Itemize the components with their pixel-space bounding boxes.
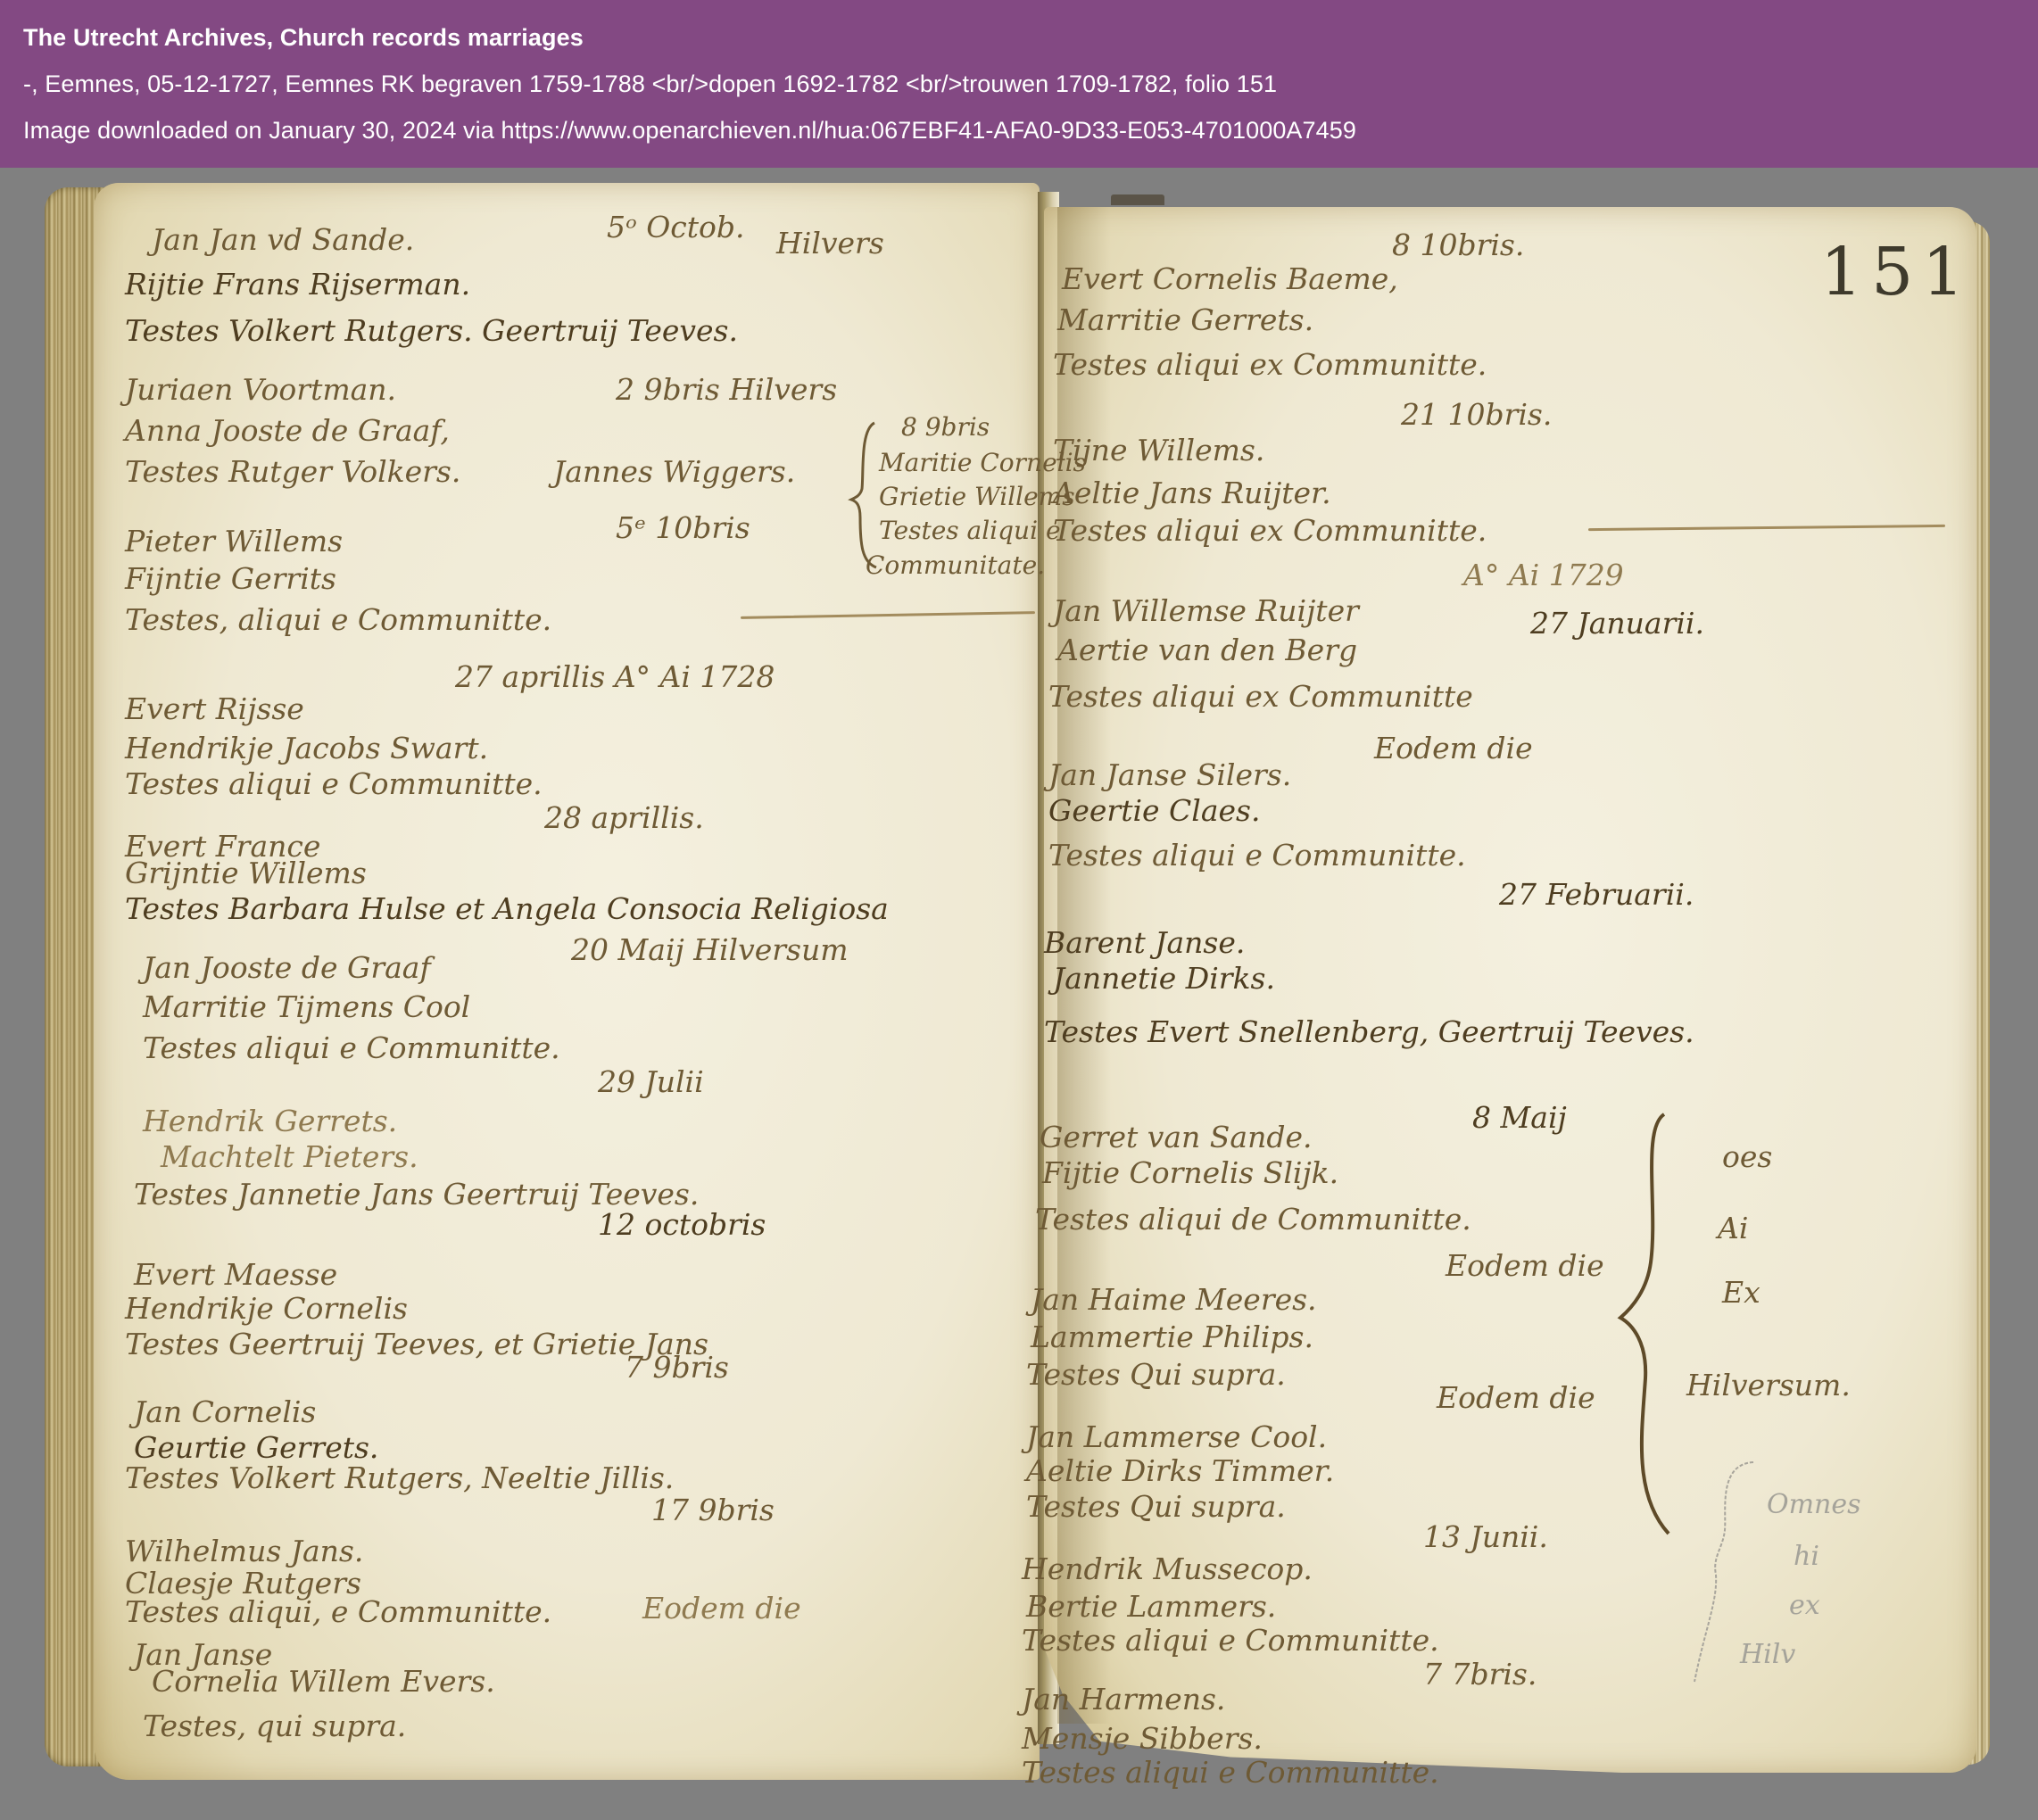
entry-witnesses: Testes Volkert Rutgers. Geertruij Teeves… [125,316,738,345]
entry-line: Jan Willemse Ruijter [1053,596,1359,625]
entry-line: Marritie Tijmens Cool [143,992,470,1022]
entry-date: 5ᵉ 10bris [616,513,750,542]
folio-number: 151 [1820,234,1973,310]
entry-line: Jan Lammerse Cool. [1026,1422,1327,1452]
entry-place: Hilvers [776,228,884,258]
entry-line: Communitate. [866,553,1045,578]
entry-line: Jan Harmens. [1022,1684,1225,1714]
entry-line: Aeltie Dirks Timmer. [1026,1456,1334,1485]
entry-date: 8 10bris. [1392,230,1524,260]
entry-date: 29 Julii [598,1067,704,1096]
entry-line: Barent Janse. [1044,928,1245,957]
entry-date: 27 Februarii. [1499,880,1694,909]
margin-note: Ai [1718,1213,1748,1243]
entry-date: 12 octobris [598,1210,766,1239]
entry-line: Hendrikje Cornelis [125,1294,408,1323]
brace-right [1615,1111,1678,1539]
margin-note: Hilversum. [1686,1370,1851,1400]
margin-note: Ex [1722,1278,1760,1307]
entry-line: Wilhelmus Jans. [125,1536,363,1566]
year-heading: A° Ai 1729 [1463,560,1624,590]
entry-line: Hendrik Mussecop. [1022,1554,1313,1584]
entry-witnesses: Testes aliqui, e Communitte. [125,1597,551,1626]
brace-left [848,419,883,571]
entry-line: Evert Maesse [134,1260,337,1289]
entry-line: Lammertie Philips. [1031,1322,1313,1352]
entry-line: Bertie Lammers. [1026,1592,1276,1621]
year-heading: 27 aprillis A° Ai 1728 [455,662,775,691]
entry-witnesses: Testes, aliqui e Communitte. [125,605,551,634]
entry-line: Evert Cornelis Baeme, [1062,264,1398,294]
entry-witnesses: Testes Qui supra. [1026,1492,1286,1521]
entry-witnesses: Testes Rutger Volkers. [125,457,460,486]
entry-witnesses: Testes Geertruij Teeves, et Grietie Jans [125,1329,708,1359]
entry-line: Pieter Willems [125,526,343,556]
entry-line: Jan Haime Meeres. [1031,1285,1317,1314]
entry-witnesses: Testes aliqui e Communitte. [1022,1758,1439,1787]
entry-line: Aeltie Jans Ruijter. [1053,478,1331,508]
entry-line: Fijntie Gerrits [125,564,336,593]
entry-line: Marritie Gerrets. [1057,305,1313,335]
entry-line: Geertie Claes. [1048,796,1260,825]
entry-witnesses: Testes aliqui de Communitte. [1035,1204,1471,1234]
entry-witnesses: Testes, qui supra. [143,1711,406,1741]
entry-line: Juriaen Voortman. [125,375,396,404]
entry-line: Cornelia Willem Evers. [152,1667,495,1696]
entry-line: Evert Rijsse [125,694,304,724]
entry-date: 13 Junii. [1423,1522,1548,1551]
entry-witnesses: Testes Barbara Hulse et Angela Consocia … [125,894,889,923]
entry-line: Jan Cornelis [134,1397,316,1427]
entry-line: Hendrik Gerrets. [143,1106,397,1136]
download-source: Image downloaded on January 30, 2024 via… [23,117,1356,145]
entry-witnesses: Testes aliqui e [879,518,1061,543]
entry-line: Grijntie Willems [125,858,367,888]
pencil-note: ex [1789,1592,1820,1619]
entry-date: 7 7bris. [1423,1659,1537,1689]
entry-date: 21 10bris. [1401,400,1552,429]
entry-date: 8 9bris [901,415,990,440]
entry-witnesses: Testes aliqui e Communitte. [1048,840,1466,870]
entry-witnesses: Testes Jannetie Jans Geertruij Teeves. [134,1179,699,1209]
entry-witnesses: Testes aliqui ex Communitte. [1053,516,1487,545]
entry-line: Aertie van den Berg [1057,635,1357,665]
entry-line: Jan Jooste de Graaf [143,953,431,982]
entry-date: Eodem die [1374,733,1533,763]
entry-line: Geurtie Gerrets. [134,1433,378,1462]
archive-header: The Utrecht Archives, Church records mar… [0,0,2038,168]
entry-line: Anna Jooste de Graaf, [125,416,450,445]
entry-date: 7 9bris [625,1353,729,1382]
entry-date: 20 Maij Hilversum [571,935,849,964]
entry-line: Hendrikje Jacobs Swart. [125,733,488,763]
entry-witnesses: Testes aliqui e Communitte. [143,1033,560,1063]
entry-line: Fijtie Cornelis Slijk. [1042,1158,1338,1187]
entry-line: Grietie Willems [879,484,1075,509]
binding-clasp [1111,194,1164,205]
entry-line: Gerret van Sande. [1040,1122,1312,1152]
entry-witnesses: Testes Evert Snellenberg, Geertruij Teev… [1044,1017,1694,1046]
pencil-note: Hilv [1740,1642,1795,1668]
entry-line: Jannes Wiggers. [553,457,795,486]
archive-title: The Utrecht Archives, Church records mar… [23,24,584,52]
entry-line: Jan Jan vd Sande. [152,225,414,254]
pencil-note: Omnes [1767,1492,1861,1518]
entry-date: 28 aprillis. [544,803,704,832]
entry-date: 17 9bris [651,1495,775,1525]
entry-line: Jan Janse Silers. [1048,760,1291,790]
record-metadata: -, Eemnes, 05-12-1727, Eemnes RK begrave… [23,70,1277,98]
entry-date: 2 9bris Hilvers [616,375,837,404]
entry-line: Mensje Sibbers. [1022,1724,1263,1753]
entry-date: Eodem die [1446,1251,1604,1280]
entry-date: 8 Maij [1472,1103,1567,1132]
entry-line: Rijtie Frans Rijserman. [125,269,470,299]
entry-witnesses: Testes aliqui e Communitte. [1022,1626,1439,1655]
entry-witnesses: Testes Volkert Rutgers, Neeltie Jillis. [125,1463,674,1493]
margin-note: oes [1722,1142,1772,1171]
pencil-note: hi [1794,1543,1819,1570]
entry-witnesses: Testes aliqui ex Communitte. [1053,350,1487,379]
entry-line: Machtelt Pieters. [161,1142,418,1171]
entry-date: Eodem die [642,1593,801,1623]
entry-witnesses: Testes Qui supra. [1026,1360,1286,1389]
entry-witnesses: Testes aliqui ex Communitte [1048,682,1473,711]
entry-date: 27 Januarii. [1530,608,1704,638]
entry-witnesses: Testes aliqui e Communitte. [125,769,543,798]
entry-line: Jannetie Dirks. [1053,964,1275,993]
entry-date: 5ᵒ Octob. [607,212,744,242]
entry-line: Tijne Willems. [1053,435,1264,465]
entry-date: Eodem die [1437,1383,1595,1412]
